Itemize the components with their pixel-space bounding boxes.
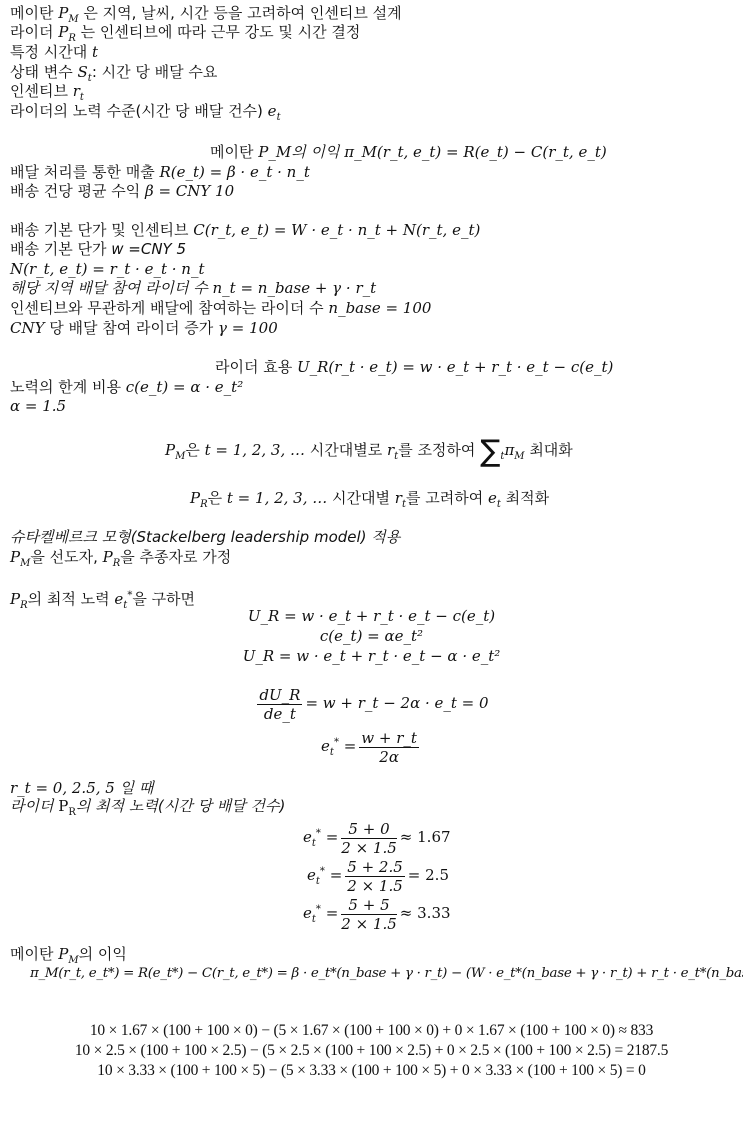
subscript: t	[277, 112, 281, 123]
label: 를 고려하여	[406, 489, 488, 507]
label: 노력의 한계 비용	[10, 378, 126, 396]
symbol: et* =	[321, 737, 356, 755]
label: 라이더	[10, 23, 58, 41]
label: 은 지역, 날씨, 시간 등을 고려하여 인센티브 설계	[79, 4, 402, 22]
profit-calc-row-3: 10 × 3.33 × (100 + 100 × 5) − (5 × 3.33 …	[0, 1061, 743, 1081]
label: 의 이익	[79, 945, 127, 963]
incentive-func-line: N(r_t, e_t) = r_t · e_t · n_t	[10, 259, 204, 279]
label: 해당 지역 배달 참여 라이더 수	[10, 279, 213, 297]
math: c(e_t) = α · e_t²	[126, 378, 243, 396]
label: 는 인센티브에 따라 근무 강도 및 시간 결정	[76, 23, 360, 41]
symbol: PM	[58, 945, 78, 963]
symbol: P	[58, 4, 68, 22]
label: 메이탄	[10, 4, 58, 22]
math: R(e_t) = β · e_t · n_t	[159, 163, 309, 181]
math: r_t = 0, 2.5, 5	[10, 779, 115, 797]
result: 3.33	[417, 904, 450, 922]
math: n_base = 100	[328, 299, 431, 317]
label: 배송 기본 단가	[10, 240, 111, 258]
math: C(r_t, e_t) = W · e_t · n_t + N(r_t, e_t…	[193, 221, 480, 239]
symbol: PR	[190, 489, 208, 507]
nbase-line: 인센티브와 무관하게 배달에 참여하는 라이더 수 n_base = 100	[10, 298, 431, 318]
math: N(r_t, e_t) = r_t · e_t · n_t	[10, 260, 204, 278]
label: 라이더	[10, 797, 58, 815]
math: γ = 100	[218, 319, 278, 337]
label: 최대화	[525, 441, 573, 459]
profit-calc-row-1: 10 × 1.67 × (100 + 100 × 0) − (5 × 1.67 …	[0, 1021, 743, 1041]
label: 를 조정하여	[398, 441, 480, 459]
symbol: t	[92, 43, 98, 61]
label: 메이탄	[210, 143, 258, 161]
numerator: 5 + 0	[341, 820, 397, 839]
leader-objective: PM은 t = 1, 2, 3, … 시간대별로 rt를 조정하여 ∑tπM 최…	[165, 440, 573, 467]
denominator: de_t	[257, 705, 302, 723]
math: n_t = n_base + γ · r_t	[213, 279, 377, 297]
symbol: PR	[58, 797, 76, 815]
numerator: 5 + 5	[341, 896, 397, 915]
label: 시간대별로	[305, 441, 387, 459]
fraction: w + r_t2α	[359, 729, 419, 766]
label: 인센티브	[10, 82, 73, 100]
effort-title: 라이더 PR의 최적 노력(시간 당 배달 건수)	[10, 796, 285, 823]
relation: ≈	[400, 904, 413, 922]
symbol: r	[73, 82, 80, 100]
label: 특정 시간대	[10, 43, 92, 61]
definition-time: 특정 시간대 t	[10, 42, 98, 62]
symbol: et	[488, 489, 501, 507]
math: w =CNY 5	[111, 240, 186, 258]
math: β = CNY 10	[145, 182, 234, 200]
symbol: PM	[165, 441, 185, 459]
result: 2.5	[425, 866, 449, 884]
derivation-eq2: c(e_t) = αe_t²	[0, 626, 743, 646]
math: t = 1, 2, 3, …	[205, 441, 305, 459]
profit-calc-row-2: 10 × 2.5 × (100 + 100 × 2.5) − (5 × 2.5 …	[0, 1041, 743, 1061]
denominator: 2 × 1.5	[341, 915, 397, 933]
revenue-line: 배달 처리를 통한 매출 R(e_t) = β · e_t · n_t	[10, 162, 310, 182]
utility-title: 라이더 효용 U_R(r_t · e_t) = w · e_t + r_t · …	[215, 357, 613, 377]
symbol: PR	[103, 548, 121, 566]
cost-line: 배송 기본 단가 및 인센티브 C(r_t, e_t) = W · e_t · …	[10, 220, 480, 240]
symbol: πM	[504, 441, 524, 459]
base-wage-line: 배송 기본 단가 w =CNY 5	[10, 239, 186, 259]
symbol: rt	[395, 489, 406, 507]
math: CNY	[10, 319, 45, 337]
symbol: e	[268, 102, 277, 120]
derivation-eq3: U_R = w · e_t + r_t · e_t − α · e_t²	[0, 646, 743, 666]
gamma-line: CNY 당 배달 참여 라이더 증가 γ = 100	[10, 318, 278, 338]
numerator: w + r_t	[359, 729, 419, 748]
label: 시간대별	[327, 489, 395, 507]
stackelberg-assumption: PM을 선도자, PR을 추종자로 가정	[10, 547, 231, 574]
fraction: dU_Rde_t	[257, 686, 302, 723]
label: 배달 처리를 통한 매출	[10, 163, 159, 181]
label: 일 때	[115, 779, 154, 797]
scenario-row-3: et* =5 + 52 × 1.5≈ 3.33	[303, 891, 451, 939]
math: = w + r_t − 2α · e_t = 0	[305, 694, 488, 712]
label: 라이더의 노력 수준(시간 당 배달 건수)	[10, 102, 268, 120]
math: P_M의 이익 π_M(r_t, e_t) = R(e_t) − C(r_t, …	[258, 143, 606, 161]
derivation-eq1: U_R = w · e_t + r_t · e_t − c(e_t)	[0, 606, 743, 626]
label: 인센티브와 무관하게 배달에 참여하는 라이더 수	[10, 299, 328, 317]
symbol: PM	[10, 548, 30, 566]
rt-values-line: r_t = 0, 2.5, 5 일 때	[10, 778, 153, 798]
label: 은	[185, 441, 204, 459]
marginal-cost-line: 노력의 한계 비용 c(e_t) = α · e_t²	[10, 377, 243, 397]
label: 의 최적 노력(시간 당 배달 건수)	[76, 797, 285, 815]
label: 은	[208, 489, 227, 507]
label: 배송 기본 단가 및 인센티브	[10, 221, 193, 239]
relation: ≈	[400, 828, 413, 846]
derivation-eq5: et* =w + r_t2α	[0, 723, 743, 773]
label: : 시간 당 배달 수요	[92, 63, 218, 81]
result: 1.67	[417, 828, 450, 846]
riders-line: 해당 지역 배달 참여 라이더 수 n_t = n_base + γ · r_t	[10, 278, 376, 298]
numerator: 5 + 2.5	[345, 858, 405, 877]
label: 메이탄	[10, 945, 58, 963]
label: 배송 건당 평균 수익	[10, 182, 145, 200]
label: 을 추종자로 가정	[120, 548, 231, 566]
alpha-line: α = 1.5	[10, 396, 66, 416]
definition-effort: 라이더의 노력 수준(시간 당 배달 건수) et	[10, 101, 281, 128]
math: U_R(r_t · e_t) = w · e_t + r_t · e_t − c…	[297, 358, 613, 376]
math: α = 1.5	[10, 397, 66, 415]
derivation-eq4: dU_Rde_t= w + r_t − 2α · e_t = 0	[0, 683, 743, 723]
profit-title: 메이탄 P_M의 이익 π_M(r_t, e_t) = R(e_t) − C(r…	[210, 142, 607, 162]
symbol: P	[58, 23, 68, 41]
label: 을 선도자,	[30, 548, 102, 566]
beta-line: 배송 건당 평균 수익 β = CNY 10	[10, 181, 234, 201]
label: 최적화	[501, 489, 549, 507]
label: 라이더 효용	[215, 358, 297, 376]
math: t = 1, 2, 3, …	[227, 489, 327, 507]
stackelberg-title: 슈타켈베르크 모형(Stackelberg leadership model) …	[10, 527, 400, 547]
follower-objective: PR은 t = 1, 2, 3, … 시간대별 rt를 고려하여 et 최적화	[190, 488, 549, 515]
label: 상태 변수	[10, 63, 78, 81]
label: 당 배달 참여 라이더 증가	[45, 319, 219, 337]
profit-formula: π_M(r_t, e_t*) = R(e_t*) − C(r_t, e_t*) …	[30, 964, 743, 984]
relation: =	[408, 866, 421, 884]
sum-icon: ∑	[480, 434, 500, 469]
symbol: rt	[387, 441, 398, 459]
numerator: dU_R	[257, 686, 302, 705]
denominator: 2α	[359, 748, 419, 766]
symbol: S	[78, 63, 88, 81]
